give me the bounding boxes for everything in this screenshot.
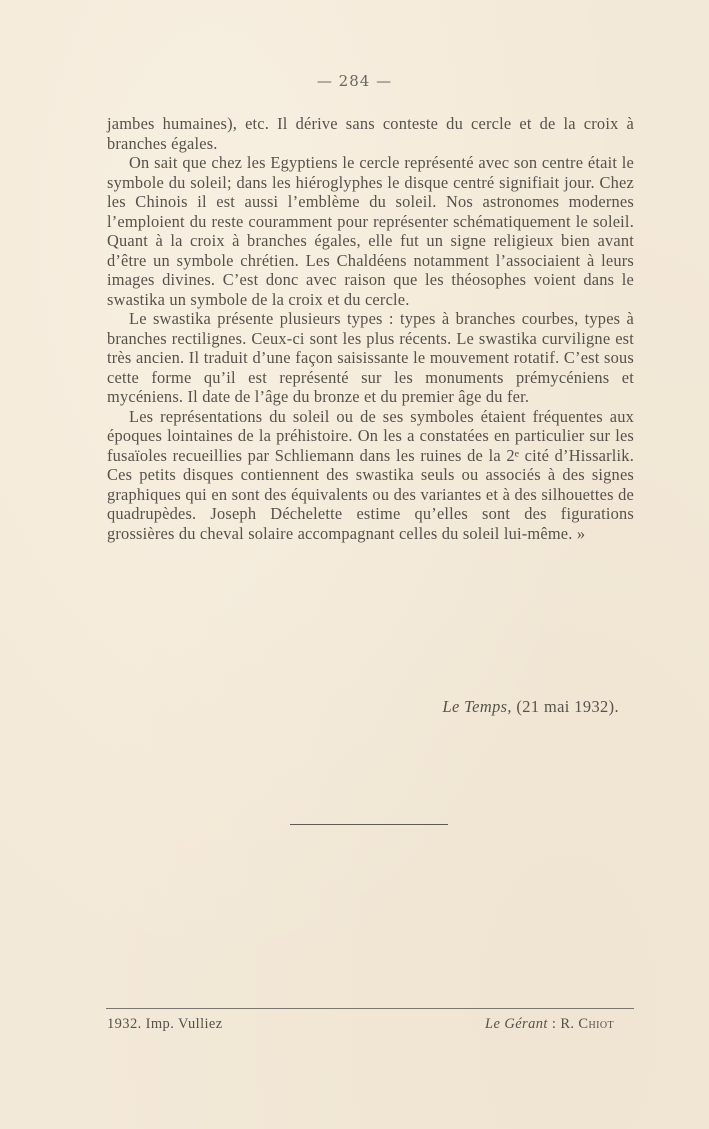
gerant-credit: Le Gérant : R. Chiot <box>485 1016 614 1033</box>
source-publication: Le Temps, <box>442 697 511 716</box>
page-number: — 284 — <box>0 72 709 90</box>
gerant-name: R. Chiot <box>560 1016 614 1032</box>
body-text: jambes humaines), etc. Il dérive sans co… <box>107 114 634 543</box>
paragraph-continuation: jambes humaines), etc. Il dérive sans co… <box>107 114 634 153</box>
paragraph-swastika-types: Le swastika présente plusieurs types : t… <box>107 309 634 407</box>
footer-divider <box>106 1008 634 1009</box>
colophon: 1932. Imp. Vulliez Le Gérant : R. Chiot <box>107 1016 614 1033</box>
gerant-label: Le Gérant <box>485 1016 548 1032</box>
printer-credit: 1932. Imp. Vulliez <box>107 1016 223 1033</box>
gerant-separator: : <box>548 1016 560 1032</box>
source-date: (21 mai 1932). <box>512 697 619 716</box>
paragraph-prehistory: Les représentations du soleil ou de ses … <box>107 407 634 544</box>
paragraph-egyptians: On sait que chez les Egyptiens le cercle… <box>107 153 634 309</box>
source-citation: Le Temps, (21 mai 1932). <box>442 697 619 717</box>
book-page: — 284 — jambes humaines), etc. Il dérive… <box>0 0 709 1129</box>
section-divider <box>290 824 448 825</box>
